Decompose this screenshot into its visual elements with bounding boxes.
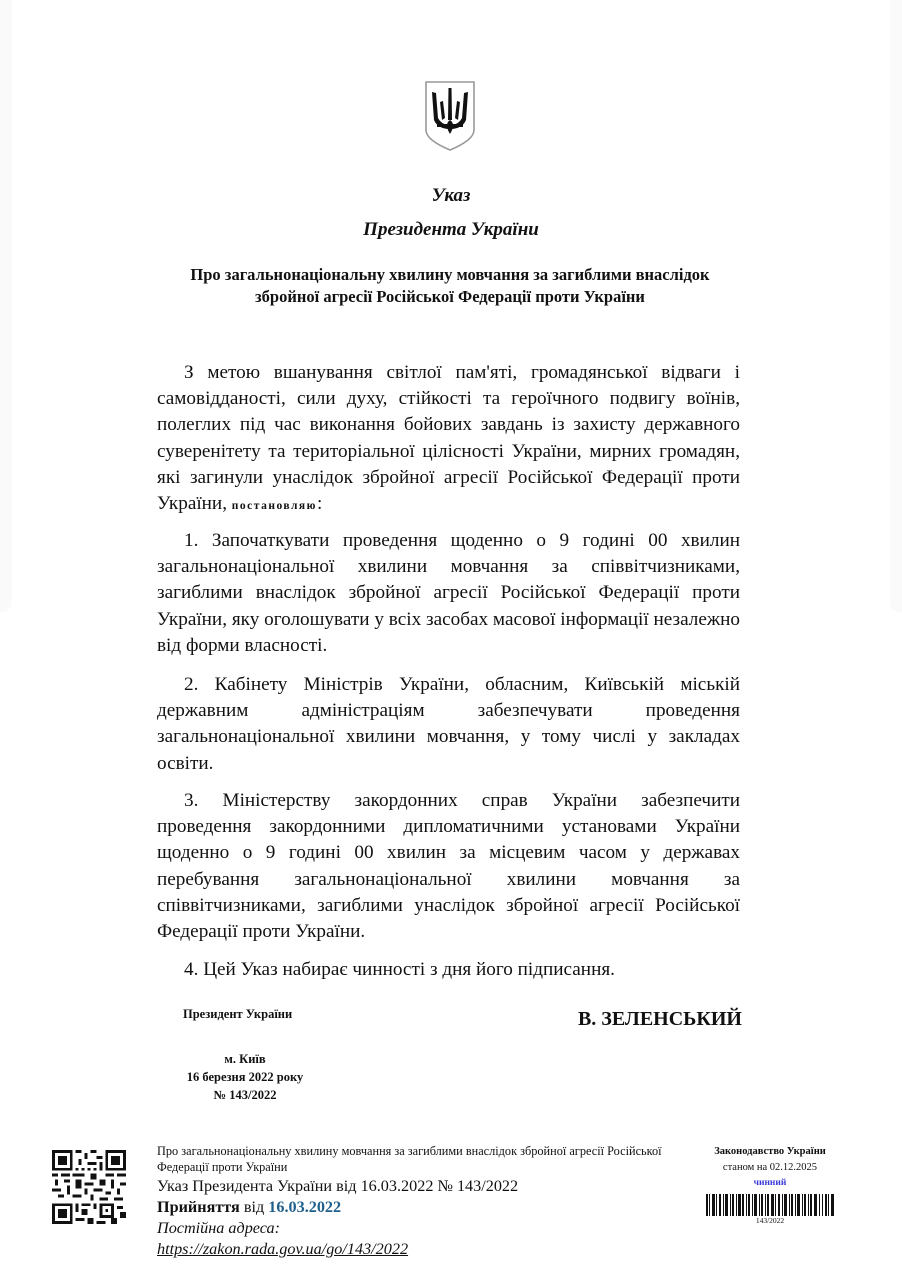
decree-date: 16 березня 2022 року [160,1068,330,1086]
barcode-icon [706,1194,834,1216]
preamble-paragraph: З метою вшанування світлої пам'яті, гром… [157,360,740,519]
footer-document-title: Про загальнонаціональну хвилину мовчання… [157,1143,677,1175]
adoption-from: від [244,1198,264,1216]
decree-point-4: 4. Цей Указ набирає чинності з дня його … [157,957,740,983]
barcode-code: 143/2022 [700,1216,840,1226]
status-as-of-date: станом на 02.12.2025 [700,1160,840,1176]
decree-point-3: 3. Міністерству закордонних справ Україн… [157,788,740,945]
decree-heading: Указ [0,185,902,207]
coat-of-arms-icon [423,80,477,152]
permanent-address-link[interactable]: https://zakon.rada.gov.ua/go/143/2022 [157,1240,408,1258]
footer-decree-reference: Указ Президента України від 16.03.2022 №… [157,1176,677,1197]
qr-code-icon[interactable] [52,1150,126,1224]
legislation-source: Законодавство України [700,1144,840,1160]
place-date-block: м. Київ 16 березня 2022 року № 143/2022 [160,1050,330,1104]
permanent-address-label: Постійна адреса: [157,1218,677,1239]
signatory-role: Президент України [183,1007,292,1022]
decree-colon: : [317,493,322,514]
decree-number: № 143/2022 [160,1086,330,1104]
signatory-name: В. ЗЕЛЕНСЬКИЙ [578,1008,742,1031]
decree-issuer: Президента України [0,219,902,241]
decree-word: постановляю [232,500,317,512]
legislation-status-box: Законодавство України станом на 02.12.20… [700,1144,840,1226]
adoption-date-link[interactable]: 16.03.2022 [268,1198,341,1216]
decree-title: Про загальнонаціональну хвилину мовчання… [180,264,720,308]
decree-point-2: 2. Кабінету Міністрів України, обласним,… [157,672,740,777]
preamble-text: З метою вшанування світлої пам'яті, гром… [157,362,740,514]
status-badge[interactable]: чинний [700,1176,840,1191]
decree-point-1: 1. Започаткувати проведення щоденно о 9 … [157,528,740,659]
page-edge-right [890,0,902,612]
footer-info: Про загальнонаціональну хвилину мовчання… [157,1143,677,1260]
place: м. Київ [160,1050,330,1068]
page-edge-left [0,0,12,612]
footer-adoption-line: Прийняття від 16.03.2022 [157,1197,677,1218]
adoption-label: Прийняття [157,1198,240,1216]
